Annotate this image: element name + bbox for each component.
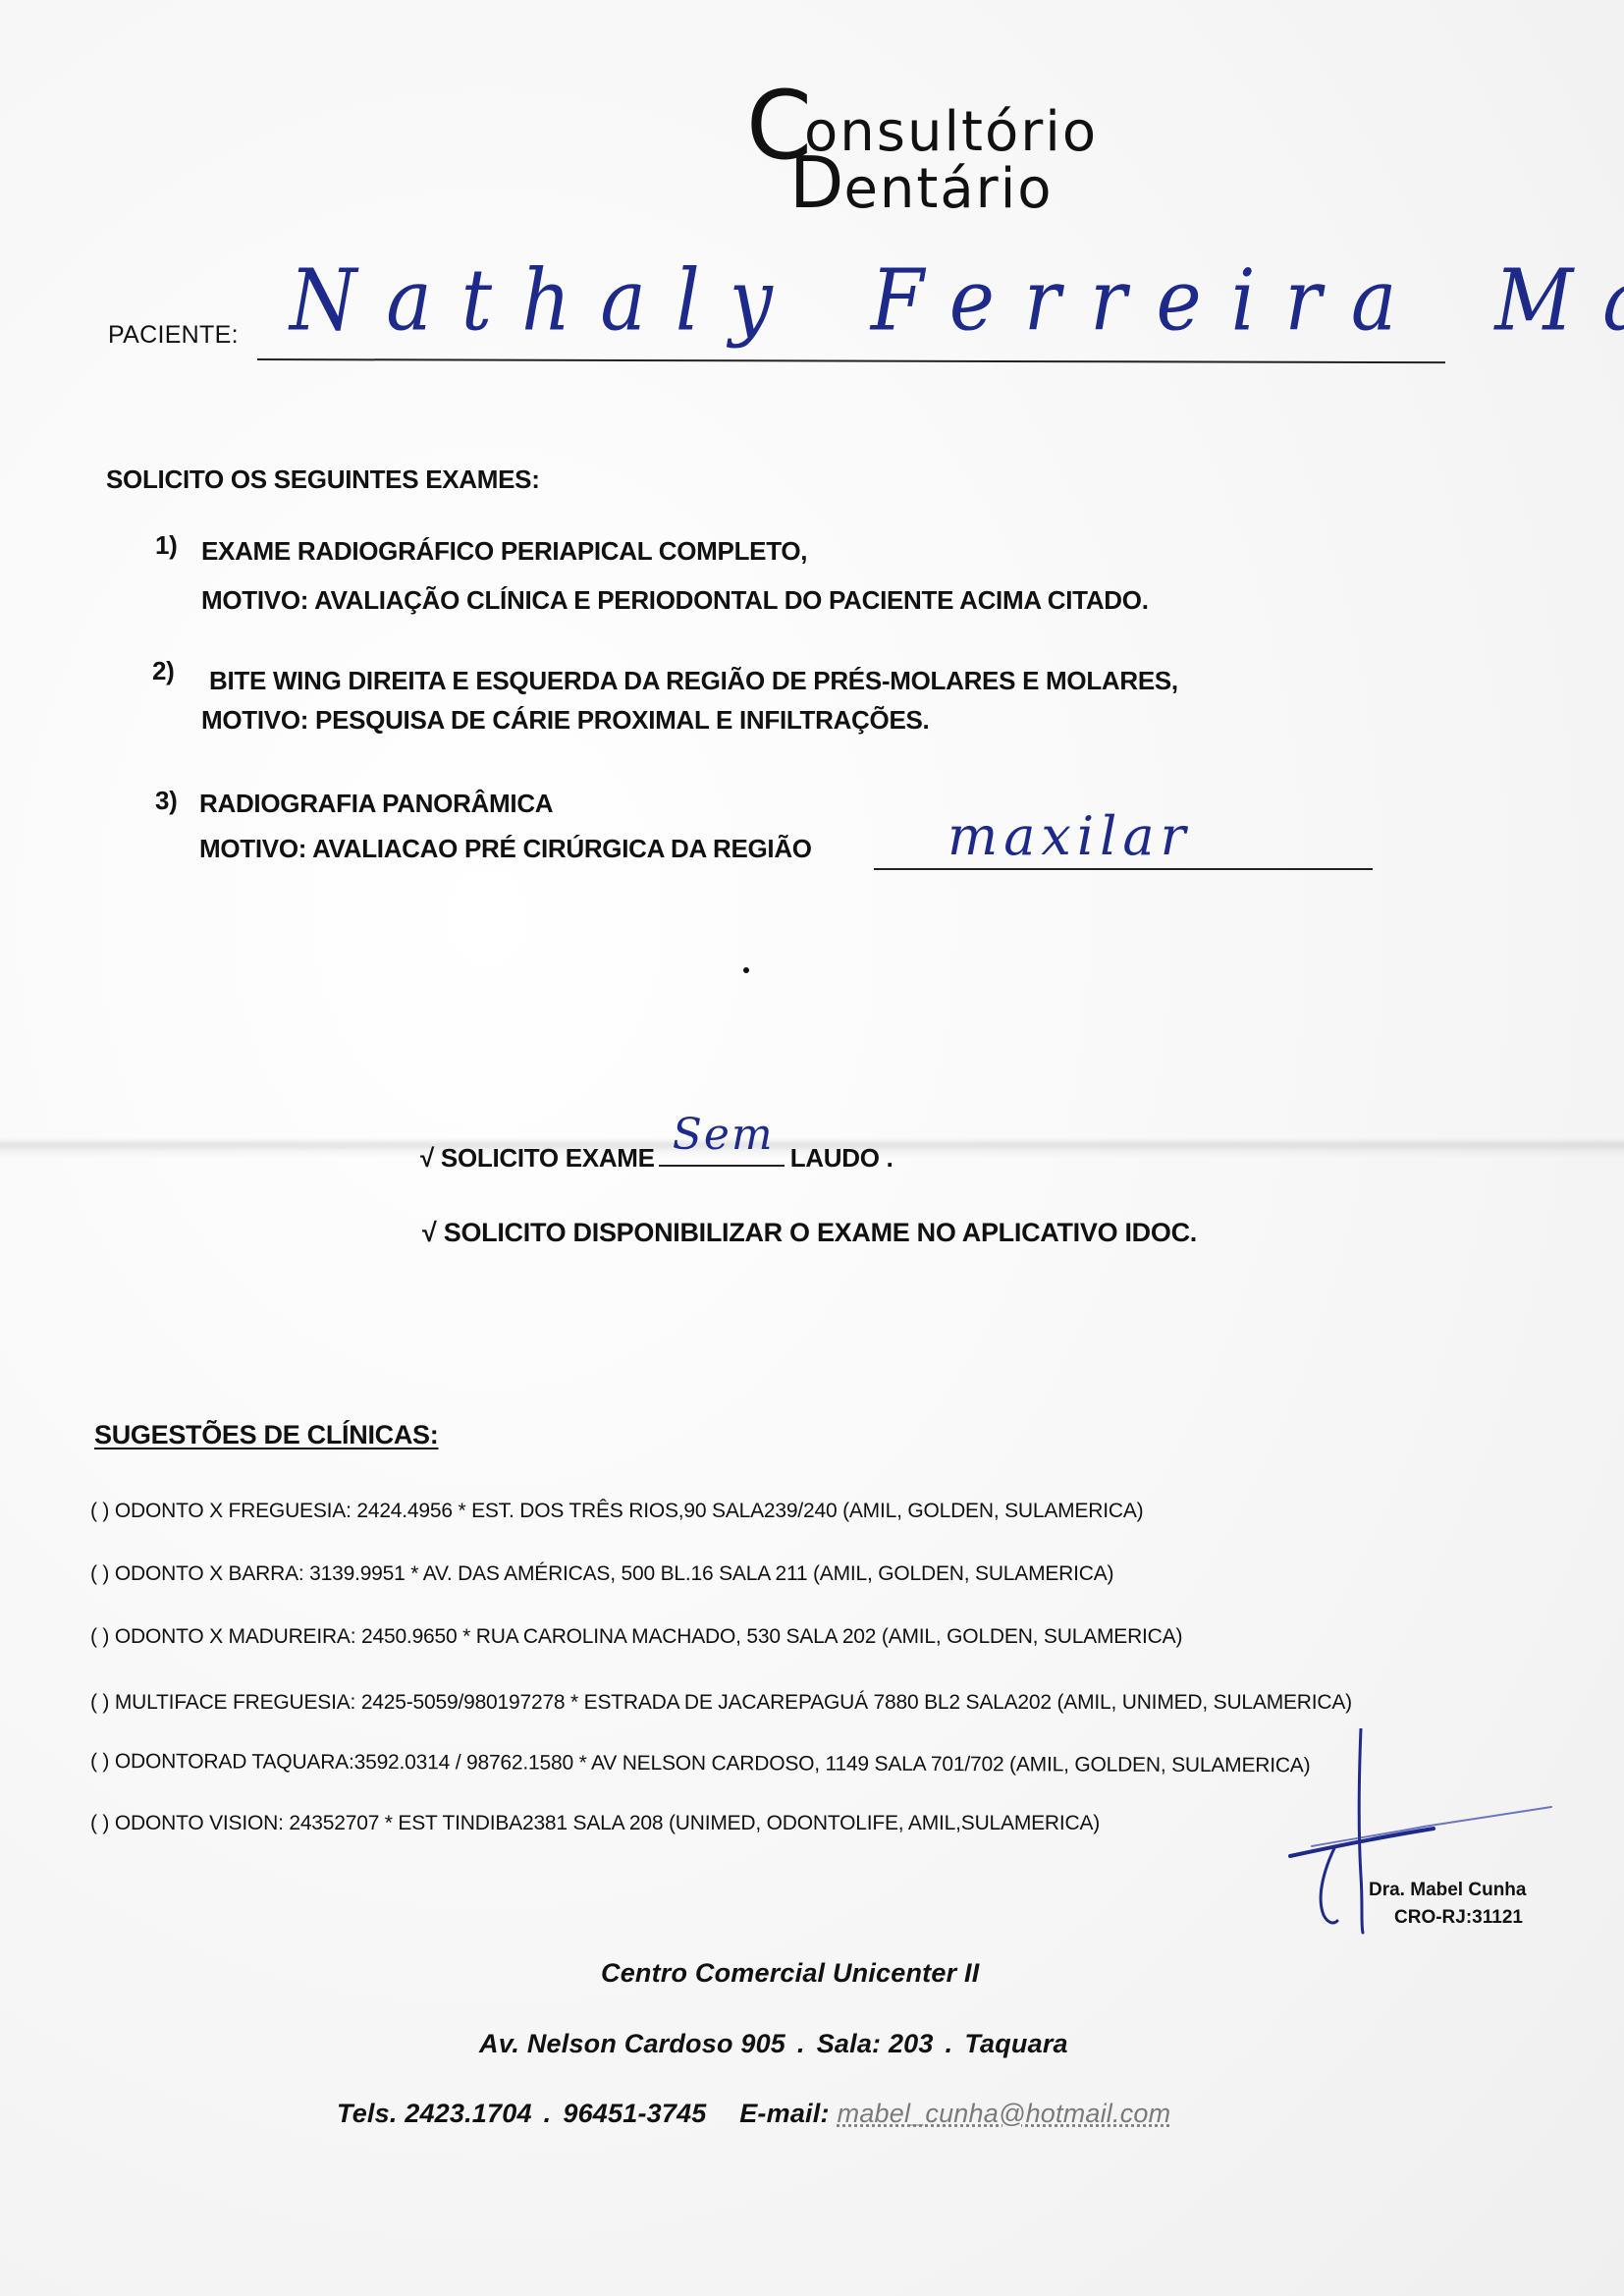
laudo-suffix: LAUDO . xyxy=(790,1143,893,1173)
exam-1-reason: MOTIVO: AVALIAÇÃO CLÍNICA E PERIODONTAL … xyxy=(201,585,1149,616)
clinic-item: ( ) ODONTO X FREGUESIA: 2424.4956 * EST.… xyxy=(90,1500,1143,1523)
footer-contact: Tels. 2423.1704.96451-3745 E-mail:mabel_… xyxy=(337,2099,1170,2129)
exam-2-title: BITE WING DIREITA E ESQUERDA DA REGIÃO D… xyxy=(209,666,1178,696)
check-mark-icon: √ xyxy=(420,1143,434,1173)
signer-registration: CRO-RJ:31121 xyxy=(1394,1906,1523,1931)
exam-3-region-line xyxy=(874,868,1373,870)
exam-2-number: 2) xyxy=(152,656,175,686)
footer-building: Centro Comercial Unicenter II xyxy=(601,1958,979,1989)
laudo-blank-field[interactable]: Sem xyxy=(659,1143,785,1167)
clinic-checkbox[interactable]: ( ) xyxy=(90,1562,109,1585)
footer-room: Sala: 203 xyxy=(817,2029,934,2058)
footer-district: Taquara xyxy=(964,2029,1067,2058)
footer-email-link[interactable]: mabel_cunha@hotmail.com xyxy=(838,2099,1171,2128)
ink-dot xyxy=(743,967,749,973)
clinic-text: ODONTO VISION: 24352707 * EST TINDIBA238… xyxy=(115,1812,1100,1834)
check-idoc-line: √ SOLICITO DISPONIBILIZAR O EXAME NO APL… xyxy=(422,1218,1197,1248)
patient-label: PACIENTE: xyxy=(108,321,239,350)
footer-separator: . xyxy=(797,2029,805,2058)
clinic-item: ( ) ODONTO X MADUREIRA: 2450.9650 * RUA … xyxy=(90,1625,1182,1649)
patient-middle-name: Ferreira xyxy=(871,253,1426,351)
exam-3-title: RADIOGRAFIA PANORÂMICA xyxy=(199,789,553,819)
clinic-checkbox[interactable]: ( ) xyxy=(90,1750,109,1773)
clinic-item: ( ) ODONTO VISION: 24352707 * EST TINDIB… xyxy=(90,1812,1100,1835)
footer-separator: . xyxy=(544,2099,552,2128)
signer-name: Dra. Mabel Cunha xyxy=(1369,1879,1526,1903)
idoc-request-text: SOLICITO DISPONIBILIZAR O EXAME NO APLIC… xyxy=(444,1218,1197,1247)
logo-line-dentario: Dentário xyxy=(789,147,1054,218)
check-laudo-line: √ SOLICITO EXAMESemLAUDO . xyxy=(420,1143,893,1174)
footer-phone-1: Tels. 2423.1704 xyxy=(337,2099,532,2128)
patient-name-handwritten[interactable]: NathalyFerreiraMachado xyxy=(290,253,1624,351)
exams-heading: SOLICITO OS SEGUINTES EXAMES: xyxy=(106,465,540,495)
exam-2-reason: MOTIVO: PESQUISA DE CÁRIE PROXIMAL E INF… xyxy=(201,705,929,736)
clinic-text: ODONTO X MADUREIRA: 2450.9650 * RUA CARO… xyxy=(115,1625,1182,1648)
exam-3-reason: MOTIVO: AVALIACAO PRÉ CIRÚRGICA DA REGIÃ… xyxy=(199,834,812,864)
clinic-text: MULTIFACE FREGUESIA: 2425-5059/980197278… xyxy=(115,1691,1352,1714)
clinic-text: ODONTORAD TAQUARA:3592.0314 / 98762.1580… xyxy=(115,1750,1311,1777)
clinics-heading: SUGESTÕES DE CLÍNICAS: xyxy=(94,1420,438,1450)
logo-text-dentario: entário xyxy=(843,157,1053,221)
footer-address: Av. Nelson Cardoso 905.Sala: 203.Taquara xyxy=(479,2029,1068,2059)
clinic-text: ODONTO X BARRA: 3139.9951 * AV. DAS AMÉR… xyxy=(115,1562,1113,1585)
footer-phone-2: 96451-3745 xyxy=(563,2099,706,2128)
check-mark-icon: √ xyxy=(422,1218,437,1247)
patient-last-name: Machado xyxy=(1494,253,1624,351)
exam-1-title: EXAME RADIOGRÁFICO PERIAPICAL COMPLETO, xyxy=(201,536,807,567)
logo-initial-d: D xyxy=(789,141,845,224)
exam-3-region-handwritten[interactable]: maxilar xyxy=(947,805,1191,867)
footer-separator: . xyxy=(946,2029,953,2058)
clinic-checkbox[interactable]: ( ) xyxy=(90,1812,109,1834)
clinic-checkbox[interactable]: ( ) xyxy=(90,1625,109,1648)
exam-1-number: 1) xyxy=(155,530,178,561)
clinic-item: ( ) ODONTORAD TAQUARA:3592.0314 / 98762.… xyxy=(90,1750,1311,1777)
footer-email-label: E-mail: xyxy=(739,2099,829,2128)
exam-3-number: 3) xyxy=(155,786,178,816)
clinic-checkbox[interactable]: ( ) xyxy=(90,1500,109,1522)
clinic-text: ODONTO X FREGUESIA: 2424.4956 * EST. DOS… xyxy=(115,1500,1144,1522)
clinic-item: ( ) ODONTO X BARRA: 3139.9951 * AV. DAS … xyxy=(90,1562,1113,1586)
clinic-checkbox[interactable]: ( ) xyxy=(90,1691,109,1714)
laudo-prefix: SOLICITO EXAME xyxy=(441,1143,655,1173)
patient-first-name: Nathaly xyxy=(290,253,802,351)
laudo-value-handwritten: Sem xyxy=(673,1110,775,1160)
footer-street: Av. Nelson Cardoso 905 xyxy=(479,2029,785,2058)
clinic-item: ( ) MULTIFACE FREGUESIA: 2425-5059/98019… xyxy=(90,1691,1352,1715)
